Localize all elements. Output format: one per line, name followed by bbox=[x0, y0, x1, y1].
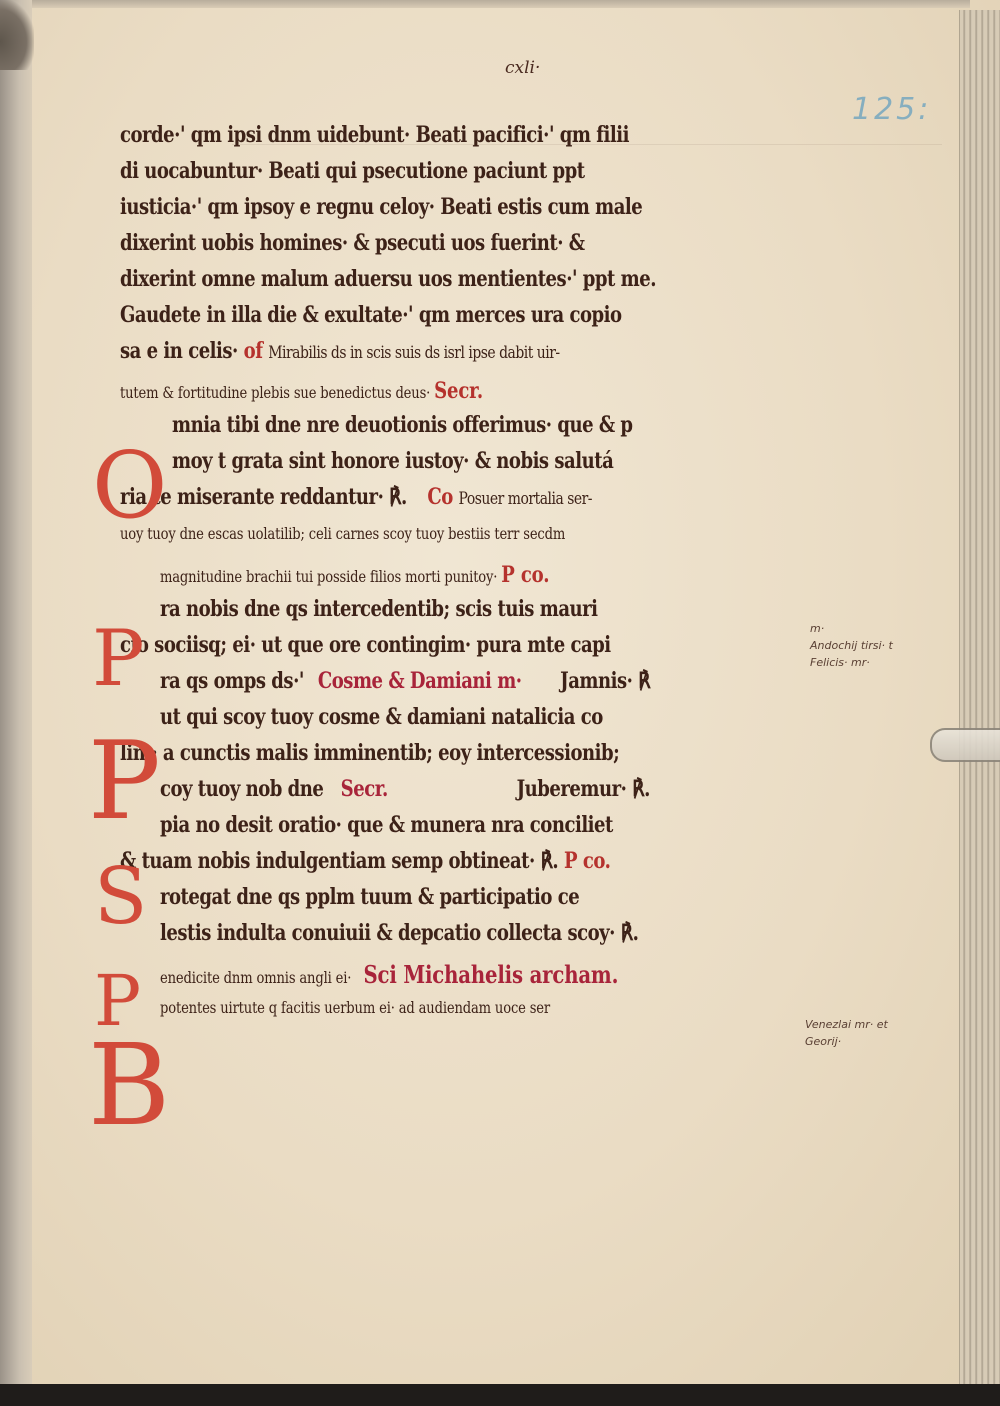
text-line: enedicite dnm omnis angli ei· Sci Michah… bbox=[160, 960, 618, 989]
text-line-body: enedicite dnm omnis angli ei· bbox=[160, 968, 351, 987]
text-line: ut qui scoy tuoy cosme & damiani natalic… bbox=[160, 704, 603, 730]
communion-text: Posuer mortalia ser- bbox=[459, 489, 592, 509]
text-line: ra nobis dne qs intercedentib; scis tuis… bbox=[160, 596, 598, 622]
initial-o: O bbox=[92, 440, 167, 532]
rubric-feast-cosmas-damian: Cosme & Damiani m· bbox=[318, 668, 522, 694]
marginal-note-andochius: m· Andochij tirsi· t Felicis· mr· bbox=[810, 620, 893, 671]
rubric-feast-michael: Sci Michahelis archam. bbox=[364, 960, 619, 989]
facing-page-curl bbox=[0, 0, 34, 70]
text-line-body: coy tuoy nob dne bbox=[160, 776, 323, 802]
text-line: ra qs omps ds·' Cosme & Damiani m· Jamni… bbox=[160, 668, 650, 694]
text-line: sa e in celis· of Mirabilis ds in scis s… bbox=[120, 338, 560, 364]
rubric-postcommunion: P co. bbox=[501, 562, 549, 588]
text-line: potentes uirtute q facitis uerbum ei· ad… bbox=[160, 998, 550, 1017]
marginal-note-wenceslaus: Venezlai mr· et Georij· bbox=[805, 1016, 888, 1050]
text-line-body: ra qs omps ds·' bbox=[160, 668, 304, 694]
text-line: & tuam nobis indulgentiam semp obtineat·… bbox=[120, 848, 610, 874]
scan-background bbox=[0, 1384, 1000, 1396]
text-line: lestis indulta conuiuii & depcatio colle… bbox=[160, 920, 638, 946]
text-line: uoy tuoy dne escas uolatilib; celi carne… bbox=[120, 524, 565, 543]
text-line-body: & tuam nobis indulgentiam semp obtineat·… bbox=[120, 848, 558, 874]
offertory-text: Mirabilis ds in scis suis ds isrl ipse d… bbox=[268, 343, 559, 363]
text-line-body: tutem & fortitudine plebis sue benedictu… bbox=[120, 383, 430, 402]
text-line: lim· a cunctis malis imminentib; eoy int… bbox=[120, 740, 619, 766]
secreta-2-incipit: Juberemur· ℟. bbox=[517, 776, 650, 802]
text-line: dixerint omne malum aduersu uos mentient… bbox=[120, 266, 656, 292]
text-line: dixerint uobis homines· & psecuti uos fu… bbox=[120, 230, 585, 256]
text-line: di uocabuntur· Beati qui psecutione paci… bbox=[120, 158, 585, 184]
text-line: corde·' qm ipsi dnm uidebunt· Beati paci… bbox=[120, 122, 629, 148]
initial-p: P bbox=[88, 728, 161, 836]
facing-page-text-fragment bbox=[0, 109, 32, 711]
page-edges-stack bbox=[959, 10, 1000, 1396]
text-line: rotegat dne qs pplm tuum & participatio … bbox=[160, 884, 579, 910]
initial-p: P bbox=[92, 620, 144, 698]
initial-b: B bbox=[88, 1030, 170, 1142]
rubric-secreta: Secr. bbox=[434, 378, 483, 404]
collect-incipit: Jamnis· ℟ bbox=[560, 668, 650, 694]
folio-number-roman: cxli· bbox=[505, 58, 540, 78]
rubric-communion: Co bbox=[427, 484, 452, 510]
text-line: Gaudete in illa die & exultate·' qm merc… bbox=[120, 302, 622, 328]
page-clip-icon bbox=[930, 728, 1000, 762]
text-line: mnia tibi dne nre deuotionis offerimus· … bbox=[172, 412, 633, 438]
rubric-offertory: of bbox=[244, 338, 263, 364]
text-line-start: sa e in celis· bbox=[120, 338, 238, 364]
text-line: tutem & fortitudine plebis sue benedictu… bbox=[120, 378, 483, 404]
text-line: moy t grata sint honore iustoy· & nobis … bbox=[172, 448, 613, 474]
text-line: pia no desit oratio· que & munera nra co… bbox=[160, 812, 613, 838]
rubric-postcommunion-2: P co. bbox=[564, 848, 610, 874]
text-line: coy tuoy nob dne Secr. Juberemur· ℟. bbox=[160, 776, 650, 802]
folio-number-modern: 125: bbox=[852, 92, 931, 127]
text-line: ria te miserante reddantur· ℟. Co Posuer… bbox=[120, 484, 592, 510]
text-line: cio sociisq; ei· ut que ore contingim· p… bbox=[120, 632, 611, 658]
text-line: magnitudine brachii tui posside filios m… bbox=[160, 562, 549, 588]
page-top-edge bbox=[30, 0, 970, 8]
manuscript-page: cxli· 125: corde·' qm ipsi dnm uidebunt·… bbox=[0, 0, 1000, 1396]
text-line-body: magnitudine brachii tui posside filios m… bbox=[160, 567, 497, 586]
text-line: iusticia·' qm ipsoy e regnu celoy· Beati… bbox=[120, 194, 642, 220]
initial-s: S bbox=[94, 858, 147, 936]
rubric-secreta-2: Secr. bbox=[341, 776, 388, 802]
